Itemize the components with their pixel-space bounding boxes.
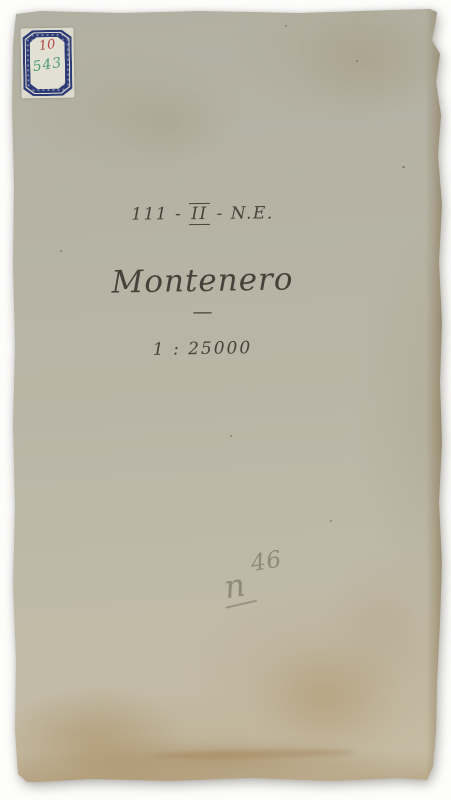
pencil-note-letter: n [222,569,247,604]
index-part2: N.E. [231,203,274,223]
speck [285,25,287,27]
title-divider: — [80,299,325,323]
inventory-label: 10 543 [20,28,74,99]
speck [330,520,332,522]
map-index-line: 111 - II - N.E. [80,203,325,225]
stain [298,14,433,109]
paper-right-edge-shading [426,8,442,783]
speck [356,60,358,62]
speck [60,250,62,252]
index-dash1: - [175,204,182,224]
stain [118,88,223,160]
stain [8,688,183,788]
stain [60,738,390,780]
scale-note: 1 : 25000 [80,337,325,361]
stain [328,555,443,690]
stain [250,638,400,758]
paper-shadow: 10 543 111 - II - N.E. Montenero — 1 : 2… [0,0,451,800]
cover-title: Montenero [75,261,331,301]
speck [230,435,232,437]
map-cover-paper: 10 543 111 - II - N.E. Montenero — 1 : 2… [0,0,451,800]
photo-backdrop: 10 543 111 - II - N.E. Montenero — 1 : 2… [0,0,451,800]
index-roman-numeral: II [189,203,210,225]
pencil-note-number: 46 [249,548,283,576]
speck [402,166,405,168]
pencil-note: n 46 [216,546,304,618]
index-dash2: - [217,204,224,224]
stain-streak [150,748,355,760]
index-part1: 111 [131,204,168,224]
